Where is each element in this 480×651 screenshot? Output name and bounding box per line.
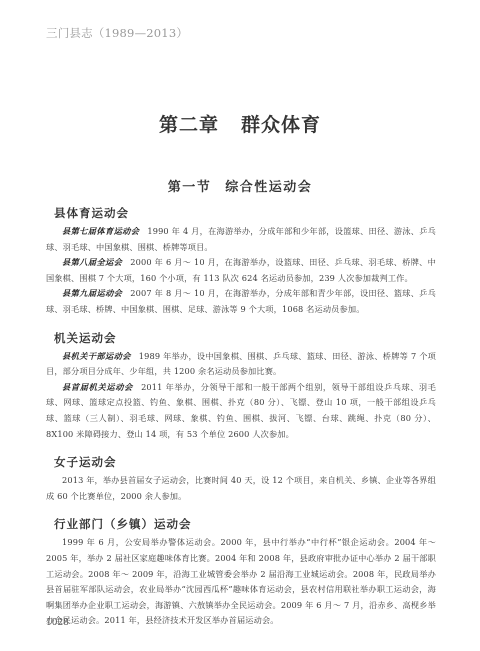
subsection-heading: 行业部门（乡镇）运动会: [54, 516, 436, 532]
subsection-heading: 机关运动会: [54, 330, 436, 346]
subsection-county-games: 县体育运动会 县第七届体育运动会1990 年 4 月，在海游举办，分成年部和少年…: [46, 205, 436, 318]
section-title: 第一节综合性运动会: [0, 176, 480, 195]
paragraph: 县第七届体育运动会1990 年 4 月，在海游举办，分成年部和少年部，设篮球、田…: [46, 224, 436, 255]
chapter-number: 第二章: [159, 114, 219, 136]
entry-text: 1999 年 6 月，公安局举办警体运动会。2000 年，县中行举办“中行杯”银…: [46, 537, 436, 625]
subsection-industry-games: 行业部门（乡镇）运动会 1999 年 6 月，公安局举办警体运动会。2000 年…: [46, 516, 436, 629]
entry-lead: 县第九届运动会: [62, 288, 122, 298]
page-body: 县体育运动会 县第七届体育运动会1990 年 4 月，在海游举办，分成年部和少年…: [46, 205, 436, 641]
section-number: 第一节: [168, 180, 212, 195]
entry-lead: 县第八届全运会: [62, 257, 122, 267]
entry-lead: 县首届机关运动会: [62, 382, 133, 392]
running-header: 三门县志（1989—2013）: [46, 25, 188, 41]
entry-text: 2013 年，举办县首届女子运动会，比赛时间 40 天，设 12 个项目，来自机…: [46, 475, 436, 501]
paragraph: 县第九届运动会2007 年 8 月～ 10 月，在海游举办，分成年部和青少年部，…: [46, 286, 436, 317]
subsection-government-games: 机关运动会 县机关干部运动会1989 年举办，设中国象棋、围棋、乒乓球、篮球、田…: [46, 330, 436, 443]
subsection-heading: 县体育运动会: [54, 205, 436, 221]
paragraph: 县第八届全运会2000 年 6 月～ 10 月，在海游举办，设篮球、田径、乒乓球…: [46, 255, 436, 286]
subsection-women-games: 女子运动会 2013 年，举办县首届女子运动会，比赛时间 40 天，设 12 个…: [46, 454, 436, 504]
paragraph: 县首届机关运动会2011 年举办，分领导干部和一般干部两个组别，领导干部组设乒乓…: [46, 380, 436, 442]
paragraph: 1999 年 6 月，公安局举办警体运动会。2000 年，县中行举办“中行杯”银…: [46, 535, 436, 629]
entry-lead: 县第七届体育运动会: [62, 226, 139, 236]
chapter-title: 第二章群众体育: [0, 110, 480, 137]
entry-lead: 县机关干部运动会: [62, 351, 131, 361]
section-name: 综合性运动会: [225, 180, 312, 195]
paragraph: 县机关干部运动会1989 年举办，设中国象棋、围棋、乒乓球、篮球、田径、游泳、桥…: [46, 349, 436, 380]
paragraph: 2013 年，举办县首届女子运动会，比赛时间 40 天，设 12 个项目，来自机…: [46, 473, 436, 504]
subsection-heading: 女子运动会: [54, 454, 436, 470]
page-number: 1028: [46, 618, 69, 628]
chapter-name: 群众体育: [241, 114, 321, 136]
